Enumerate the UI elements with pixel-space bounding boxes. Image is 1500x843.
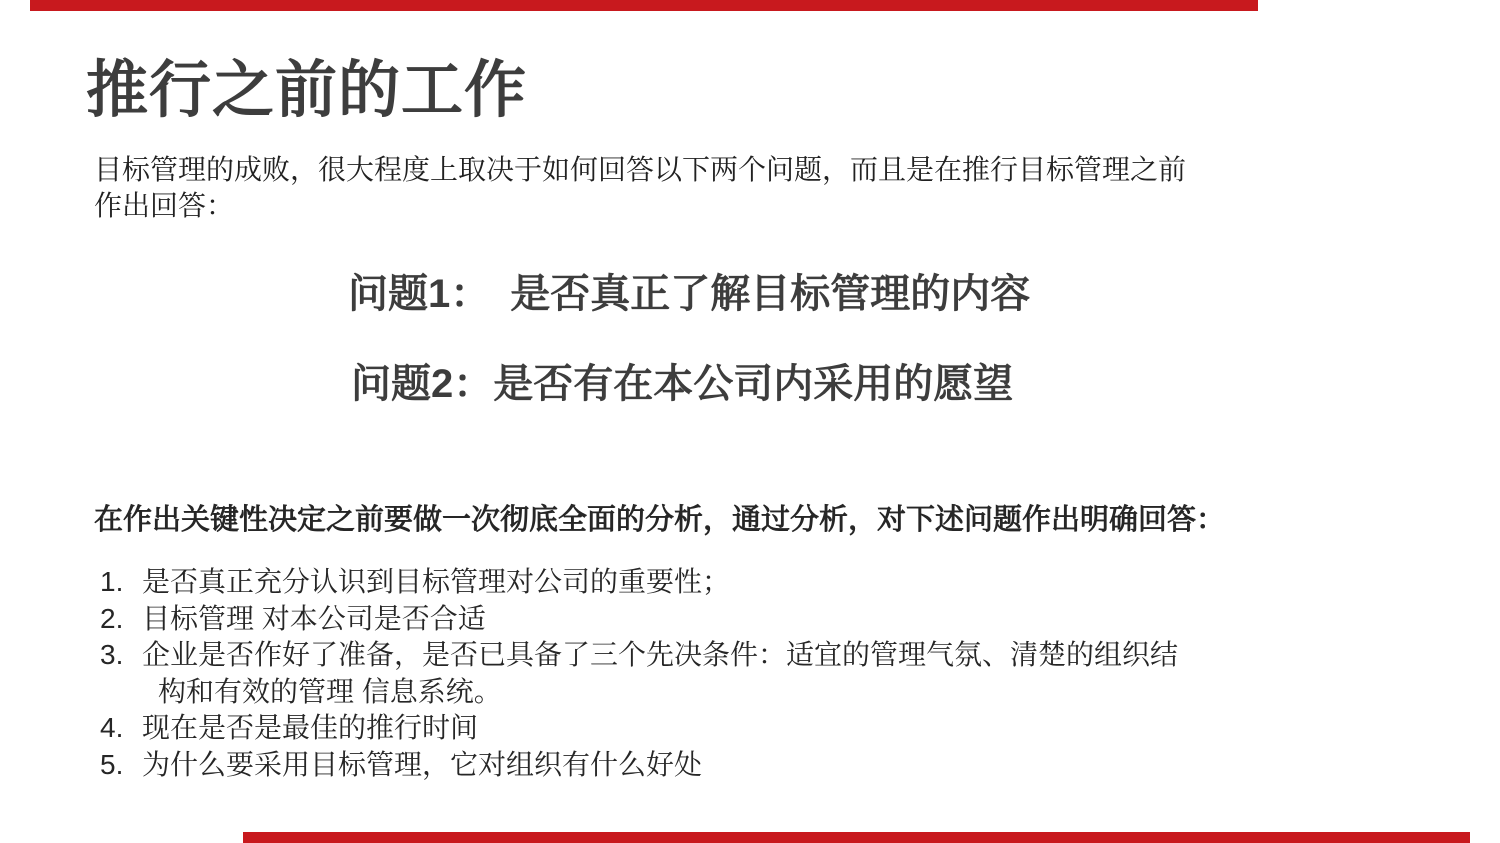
top-accent-bar: [30, 0, 1258, 11]
item-2-line-1: 目标管理 对本公司是否合适: [142, 601, 1360, 638]
checklist-item-3: 3. 企业是否作好了准备，是否已具备了三个先决条件：适宜的管理气氛、清楚的组织结…: [100, 637, 1360, 710]
item-number-2: 2.: [100, 601, 142, 638]
question-2: 问题2：是否有在本公司内采用的愿望: [351, 352, 1013, 409]
intro-line-1: 目标管理的成败，很大程度上取决于如何回答以下两个问题，而且是在推行目标管理之前: [94, 152, 1294, 188]
item-3-line-2: 构和有效的管理 信息系统。: [142, 674, 1360, 711]
item-text-5: 为什么要采用目标管理，它对组织有什么好处: [142, 747, 1360, 784]
item-text-3: 企业是否作好了准备，是否已具备了三个先决条件：适宜的管理气氛、清楚的组织结 构和…: [142, 637, 1360, 710]
item-1-line-1: 是否真正充分认识到目标管理对公司的重要性；: [142, 564, 1360, 601]
item-number-3: 3.: [100, 637, 142, 674]
checklist-item-5: 5. 为什么要采用目标管理，它对组织有什么好处: [100, 747, 1360, 784]
analysis-heading: 在作出关键性决定之前要做一次彻底全面的分析，通过分析，对下述问题作出明确回答：: [94, 497, 1354, 538]
slide-canvas: 推行之前的工作 目标管理的成败，很大程度上取决于如何回答以下两个问题，而且是在推…: [0, 0, 1500, 843]
item-number-5: 5.: [100, 747, 142, 784]
item-text-1: 是否真正充分认识到目标管理对公司的重要性；: [142, 564, 1360, 601]
bottom-accent-bar: [243, 832, 1470, 843]
item-number-4: 4.: [100, 710, 142, 747]
checklist-item-4: 4. 现在是否是最佳的推行时间: [100, 710, 1360, 747]
slide-title: 推行之前的工作: [86, 40, 527, 129]
item-4-line-1: 现在是否是最佳的推行时间: [142, 710, 1360, 747]
item-3-line-1: 企业是否作好了准备，是否已具备了三个先决条件：适宜的管理气氛、清楚的组织结: [142, 637, 1360, 674]
checklist: 1. 是否真正充分认识到目标管理对公司的重要性； 2. 目标管理 对本公司是否合…: [100, 564, 1360, 783]
item-number-1: 1.: [100, 564, 142, 601]
item-text-4: 现在是否是最佳的推行时间: [142, 710, 1360, 747]
item-5-line-1: 为什么要采用目标管理，它对组织有什么好处: [142, 747, 1360, 784]
checklist-item-2: 2. 目标管理 对本公司是否合适: [100, 601, 1360, 638]
item-text-2: 目标管理 对本公司是否合适: [142, 601, 1360, 638]
intro-paragraph: 目标管理的成败，很大程度上取决于如何回答以下两个问题，而且是在推行目标管理之前 …: [94, 152, 1294, 224]
intro-line-2: 作出回答：: [94, 188, 1294, 224]
checklist-item-1: 1. 是否真正充分认识到目标管理对公司的重要性；: [100, 564, 1360, 601]
question-1: 问题1： 是否真正了解目标管理的内容: [348, 262, 1030, 319]
